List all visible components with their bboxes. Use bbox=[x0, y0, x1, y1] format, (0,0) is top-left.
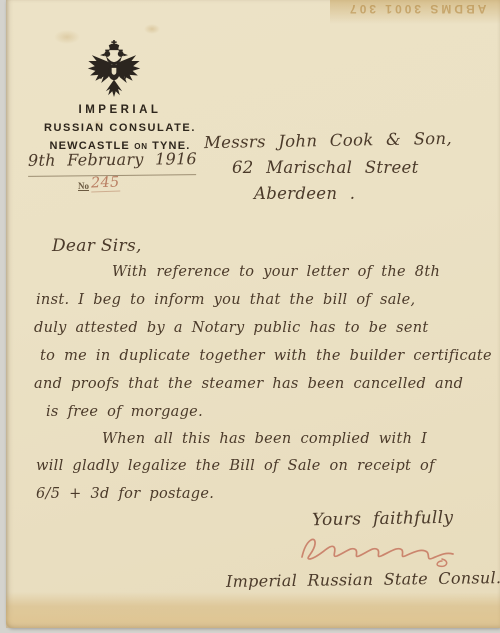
age-spot bbox=[54, 30, 80, 44]
handwritten-date: 9th February 1916 bbox=[28, 149, 196, 177]
body-line: With reference to your letter of the 8th bbox=[112, 264, 440, 280]
body-line: will gladly legalize the Bill of Sale on… bbox=[36, 458, 435, 474]
signer-title: Imperial Russian State Consul. bbox=[226, 568, 500, 591]
number-label: No bbox=[78, 181, 89, 191]
salutation: Dear Sirs, bbox=[52, 236, 142, 256]
letterhead-line-imperial: IMPERIAL bbox=[30, 104, 210, 116]
body-line: inst. I beg to inform you that the bill … bbox=[36, 292, 415, 308]
paper-toning-bottom bbox=[6, 592, 500, 628]
body-line: to me in duplicate together with the bui… bbox=[40, 348, 492, 364]
valediction: Yours faithfully bbox=[312, 508, 454, 530]
body-line: and proofs that the steamer has been can… bbox=[34, 376, 463, 392]
imperial-eagle-crest-icon bbox=[84, 40, 144, 104]
body-line: is free of morgage. bbox=[46, 404, 203, 420]
archival-reference-stamp: ABDMS 3001 307 bbox=[347, 2, 486, 16]
age-spot bbox=[144, 24, 160, 34]
recipient-street: 62 Marischal Street bbox=[232, 158, 419, 177]
letter-number: 245 bbox=[91, 175, 120, 193]
body-line: 6/5 + 3d for postage. bbox=[36, 486, 214, 502]
letterhead-line-consulate: RUSSIAN CONSULATE. bbox=[30, 122, 210, 134]
body-line: When all this has been complied with I bbox=[102, 431, 427, 447]
recipient-city: Aberdeen . bbox=[254, 184, 355, 203]
consul-signature bbox=[296, 531, 472, 571]
body-line: duly attested by a Notary public has to … bbox=[34, 320, 429, 336]
scanned-letter: ABDMS 3001 307 IMPERIAL RUSSIAN CONSULAT… bbox=[0, 0, 500, 633]
